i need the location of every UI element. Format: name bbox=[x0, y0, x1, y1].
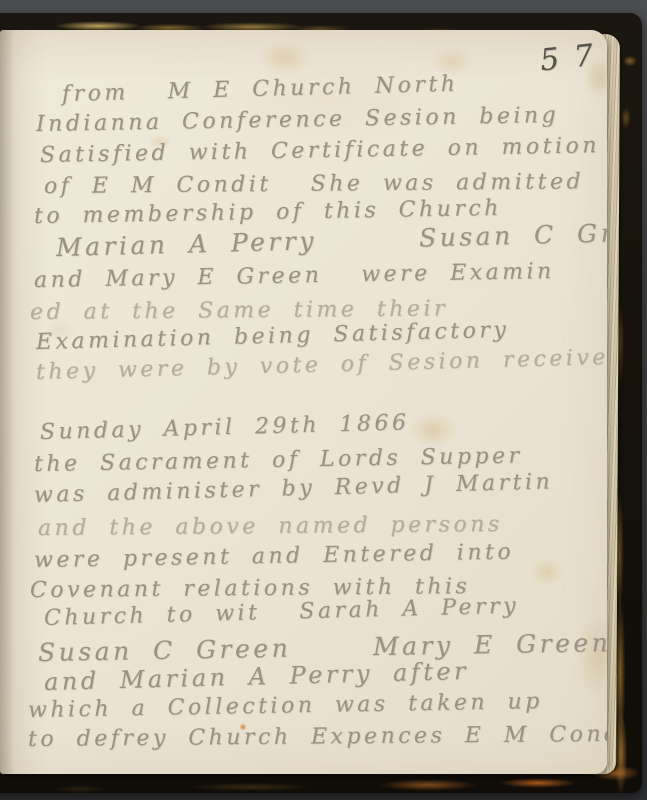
handwriting-line: were present and Entered into bbox=[34, 540, 515, 573]
handwriting-line: of E M Condit She was admitted bbox=[44, 169, 584, 199]
handwriting-line: and Mary E Green were Examin bbox=[34, 259, 555, 293]
handwriting-line: and the above named persons bbox=[38, 512, 503, 541]
handwriting-line: to defrey Church Expences E M Condt bbox=[28, 722, 607, 752]
handwriting-line: from M E Church North bbox=[62, 72, 459, 107]
gutter-shadow bbox=[0, 30, 14, 774]
handwriting-line: Indianna Conference Sesion being bbox=[36, 103, 560, 137]
page-number: 57 bbox=[538, 37, 607, 79]
handwriting-line: Satisfied with Certificate on motion bbox=[40, 133, 600, 168]
ledger-page: 57 from M E Church North Indianna Confer… bbox=[0, 30, 607, 774]
handwriting-line: Sunday April 29th 1866 bbox=[40, 410, 410, 445]
scan-background: 57 from M E Church North Indianna Confer… bbox=[0, 0, 647, 800]
